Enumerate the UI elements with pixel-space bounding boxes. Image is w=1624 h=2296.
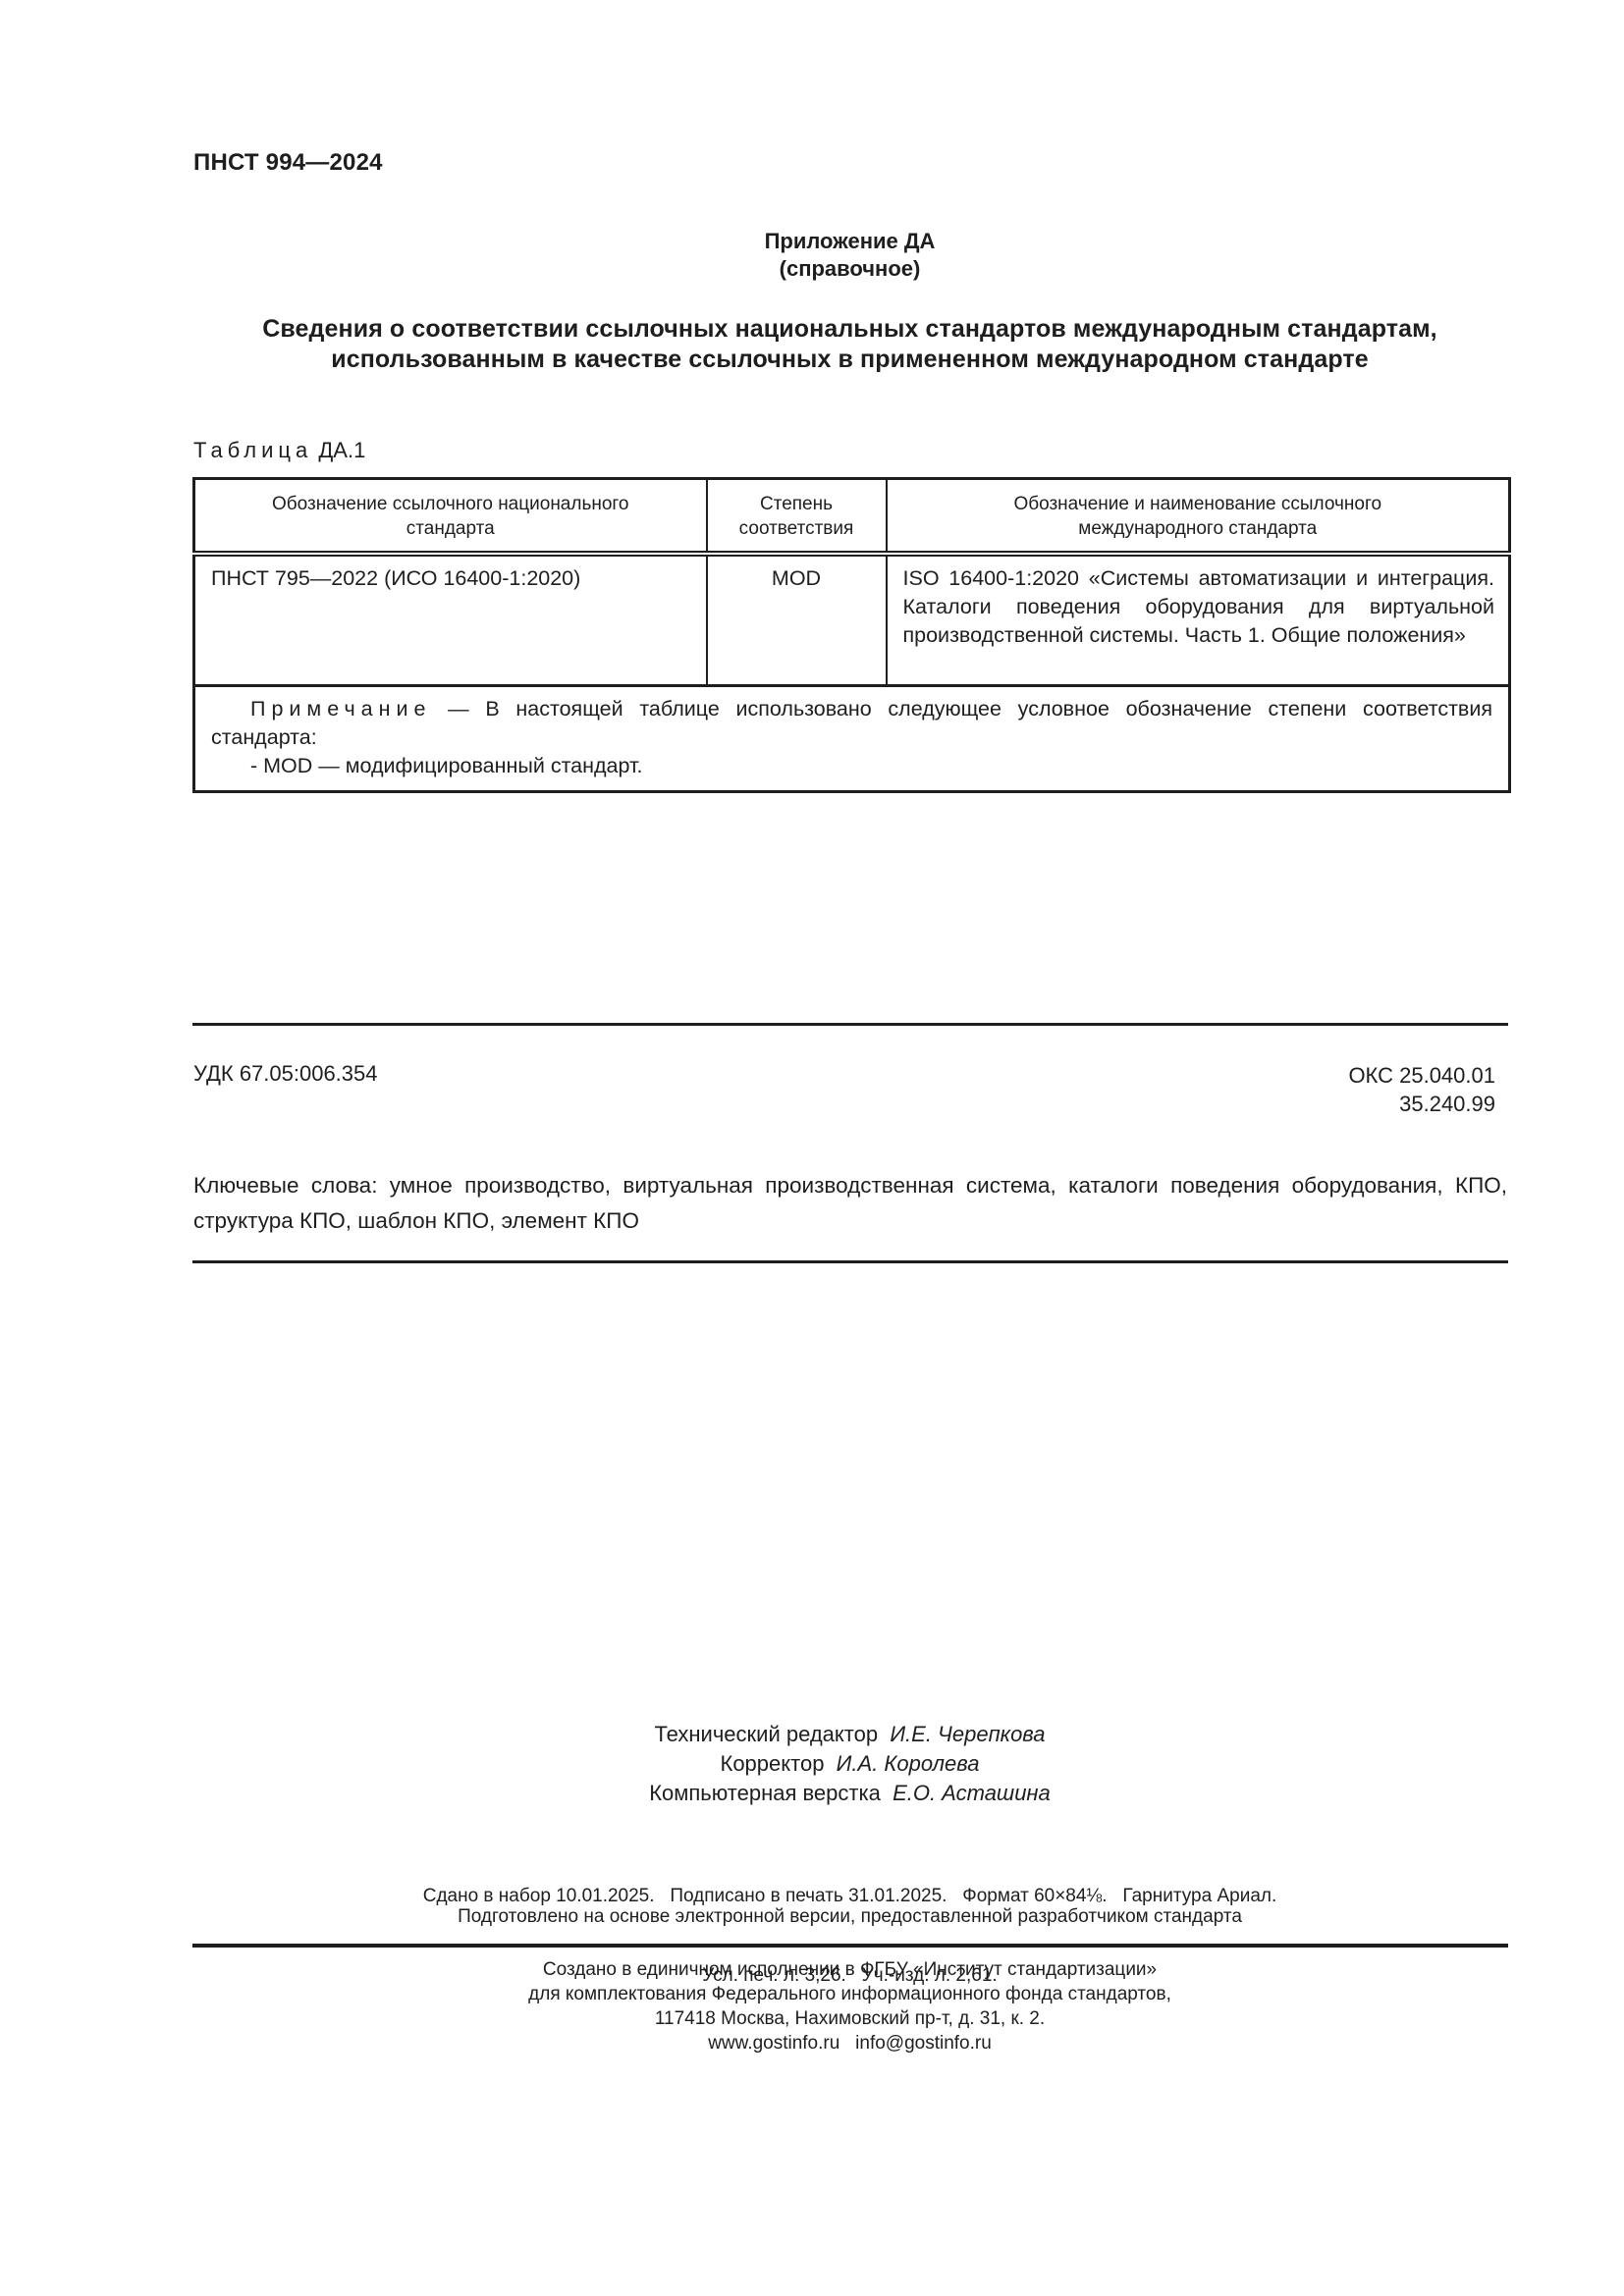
table-note: Примечание — В настоящей таблице использ… <box>194 686 1510 792</box>
oks-code-1: ОКС 25.040.01 <box>1348 1061 1495 1090</box>
table-row: ПНСТ 795—2022 (ИСО 16400-1:2020) MOD ISO… <box>194 554 1510 686</box>
reference-standards-table: Обозначение ссылочного национального ста… <box>192 477 1511 793</box>
publisher-info: Создано в единичном исполнении в ФГБУ «И… <box>192 1957 1507 2056</box>
section-title: Сведения о соответствии ссылочных национ… <box>192 314 1507 375</box>
appendix-subtitle: (справочное) <box>192 255 1507 283</box>
column-header-degree: Степень соответствия <box>707 479 887 555</box>
column-header-national: Обозначение ссылочного национального ста… <box>194 479 707 555</box>
credit-proofreader: Корректор И.А. Королева <box>192 1749 1507 1779</box>
cell-international-standard: ISO 16400-1:2020 «Системы автоматизации … <box>887 554 1510 686</box>
cell-degree: MOD <box>707 554 887 686</box>
publisher-address: 117418 Москва, Нахимовский пр-т, д. 31, … <box>192 2006 1507 2031</box>
divider-rule <box>192 1023 1508 1026</box>
publisher-line-1: Создано в единичном исполнении в ФГБУ «И… <box>192 1957 1507 1982</box>
table-header-row: Обозначение ссылочного национального ста… <box>194 479 1510 555</box>
credits: Технический редактор И.Е. Черепкова Корр… <box>192 1720 1507 1808</box>
website-link[interactable]: www.gostinfo.ru <box>708 2033 839 2054</box>
note-item: - MOD — модифицированный стандарт. <box>250 754 642 777</box>
oks-code-2: 35.240.99 <box>1348 1090 1495 1118</box>
column-header-international: Обозначение и наименование ссылочного ме… <box>887 479 1510 555</box>
credit-layout: Компьютерная верстка Е.О. Асташина <box>192 1779 1507 1808</box>
divider-rule <box>192 1944 1508 1948</box>
prepared-note: Подготовлено на основе электронной верси… <box>192 1906 1507 1928</box>
table-note-row: Примечание — В настоящей таблице использ… <box>194 686 1510 792</box>
appendix-title: Приложение ДА <box>192 228 1507 255</box>
credit-technical-editor: Технический редактор И.Е. Черепкова <box>192 1720 1507 1749</box>
publisher-contacts: www.gostinfo.ru info@gostinfo.ru <box>192 2031 1507 2056</box>
keywords: Ключевые слова: умное производство, вирт… <box>193 1168 1507 1239</box>
document-code: ПНСТ 994—2024 <box>193 149 383 177</box>
table-caption-label: Таблица <box>193 438 312 462</box>
table-caption-number: ДА.1 <box>318 438 365 462</box>
print-info-line-1: Сдано в набор 10.01.2025. Подписано в пе… <box>192 1883 1507 1909</box>
cell-national-standard: ПНСТ 795—2022 (ИСО 16400-1:2020) <box>194 554 707 686</box>
section-title-line-1: Сведения о соответствии ссылочных национ… <box>192 314 1507 345</box>
note-label: Примечание <box>250 697 431 721</box>
section-title-line-2: использованным в качестве ссылочных в пр… <box>192 345 1507 375</box>
divider-rule <box>192 1260 1508 1263</box>
publisher-line-2: для комплектования Федерального информац… <box>192 1982 1507 2006</box>
table-caption: Таблица ДА.1 <box>193 438 365 463</box>
oks-codes: ОКС 25.040.01 35.240.99 <box>1348 1061 1495 1118</box>
appendix-heading: Приложение ДА (справочное) <box>192 228 1507 283</box>
udk-code: УДК 67.05:006.354 <box>193 1061 378 1087</box>
email-link[interactable]: info@gostinfo.ru <box>855 2033 992 2054</box>
